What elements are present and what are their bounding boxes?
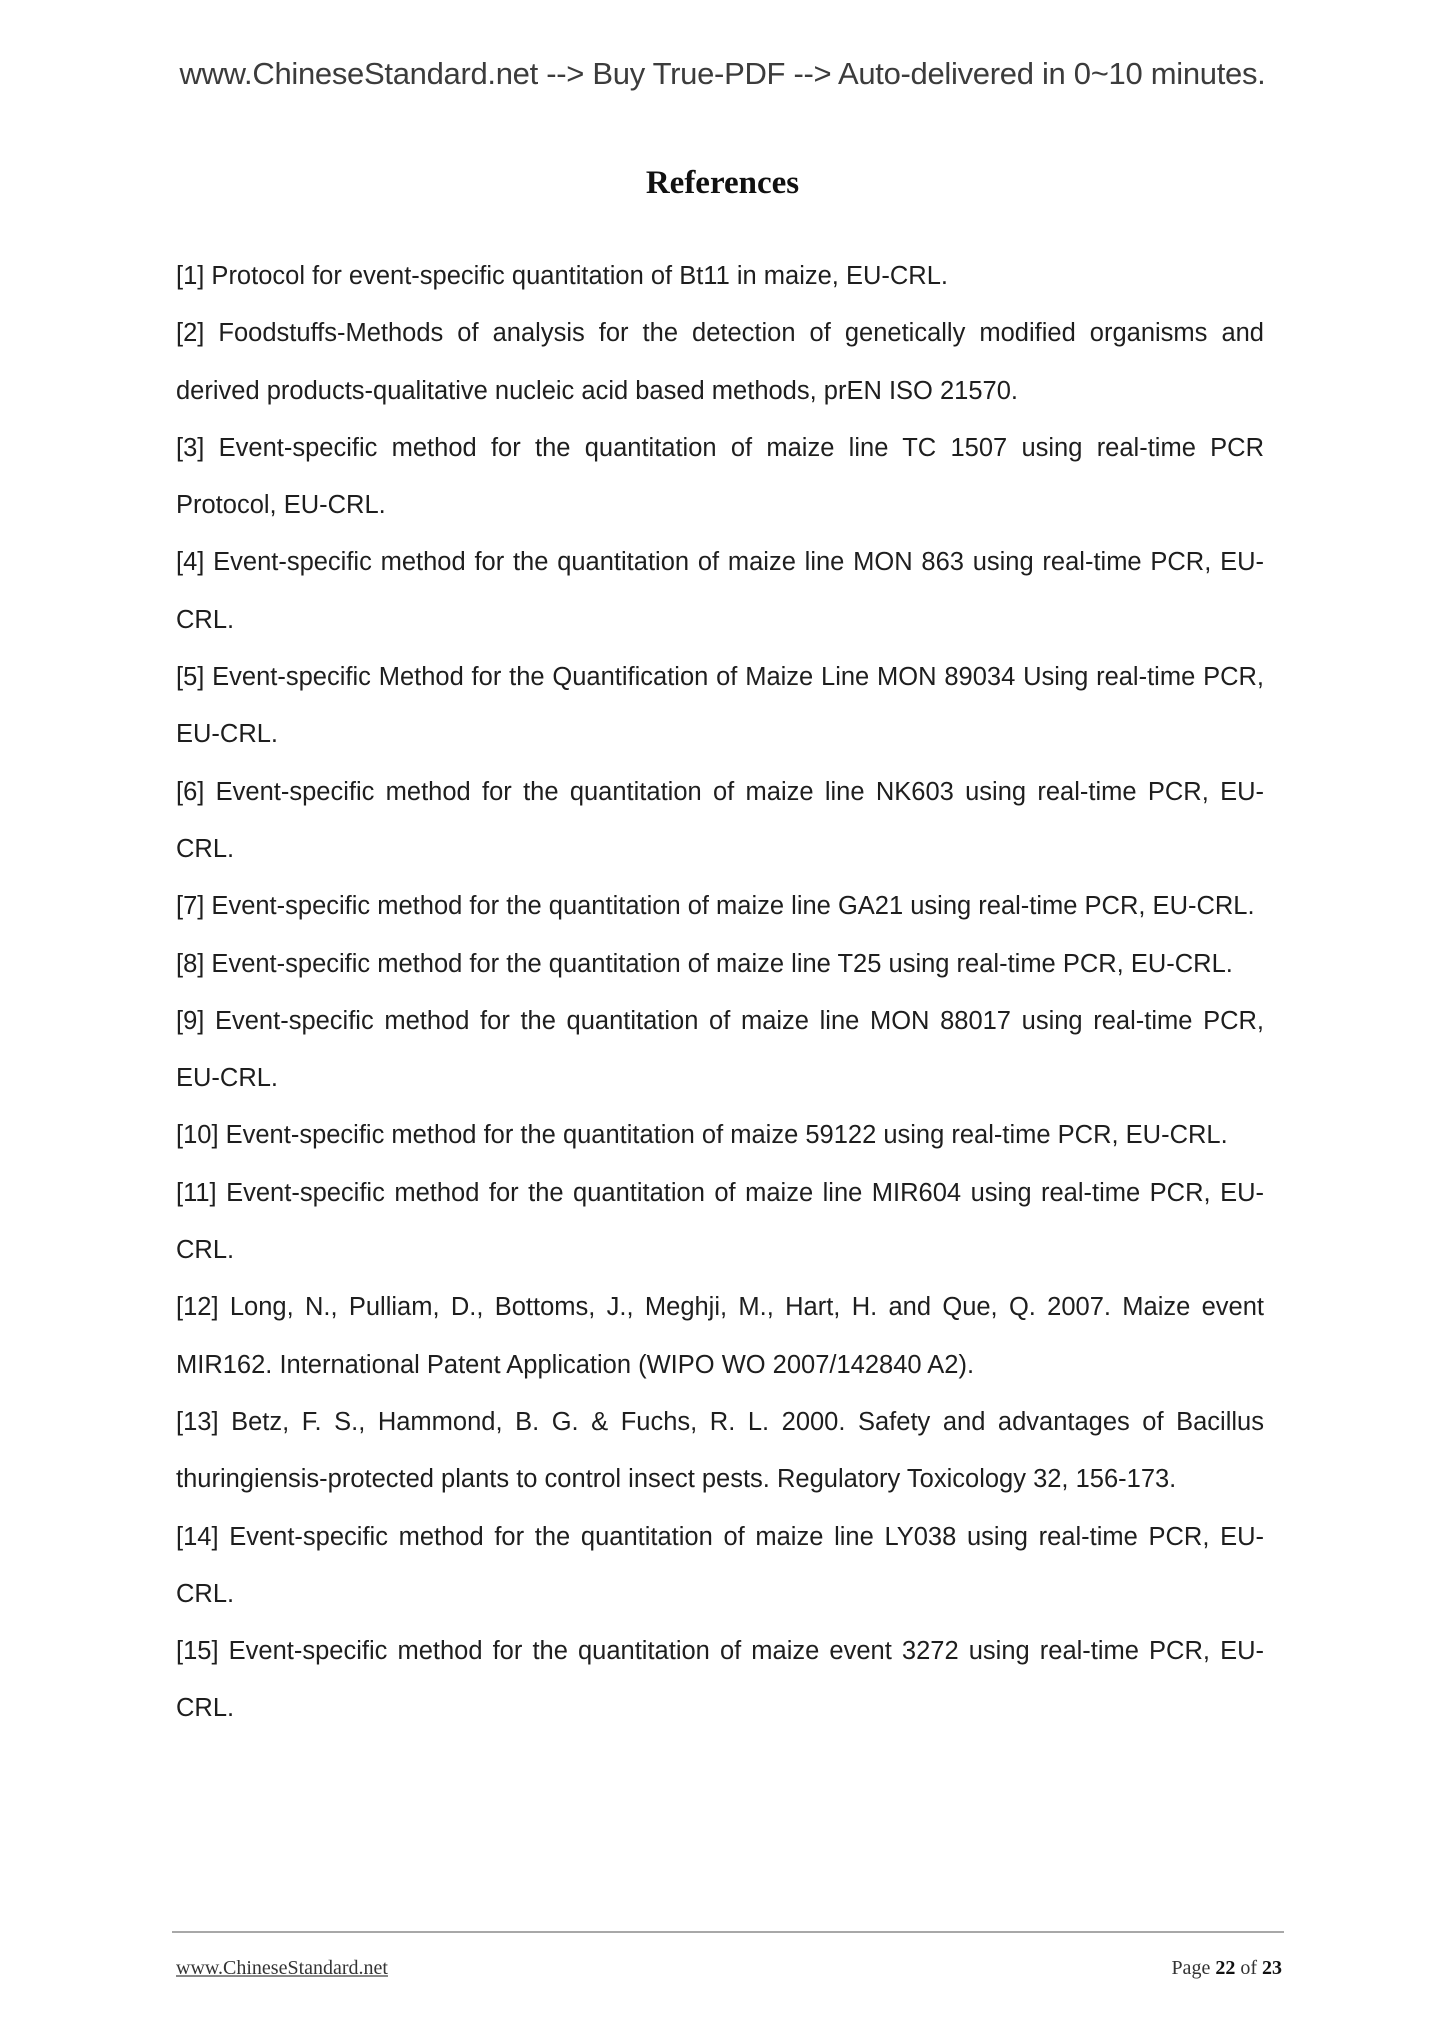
reference-item: [7] Event-specific method for the quanti… <box>176 878 1264 935</box>
page-total: 23 <box>1262 1957 1282 1979</box>
page-of: of <box>1240 1957 1257 1979</box>
reference-item: [14] Event-specific method for the quant… <box>176 1509 1264 1624</box>
footer-website-link[interactable]: www.ChineseStandard.net <box>176 1957 388 1980</box>
reference-item: [6] Event-specific method for the quanti… <box>176 764 1264 879</box>
reference-item: [13] Betz, F. S., Hammond, B. G. & Fuchs… <box>176 1394 1264 1509</box>
reference-item: [1] Protocol for event-specific quantita… <box>176 248 1264 305</box>
header-banner: www.ChineseStandard.net --> Buy True-PDF… <box>0 56 1445 92</box>
page-title: References <box>0 165 1445 202</box>
page-current: 22 <box>1215 1957 1235 1979</box>
reference-item: [3] Event-specific method for the quanti… <box>176 420 1264 535</box>
reference-item: [5] Event-specific Method for the Quanti… <box>176 649 1264 764</box>
references-list: [1] Protocol for event-specific quantita… <box>176 248 1264 1738</box>
reference-item: [9] Event-specific method for the quanti… <box>176 993 1264 1108</box>
reference-item: [15] Event-specific method for the quant… <box>176 1623 1264 1738</box>
footer-divider <box>172 1931 1284 1933</box>
page-prefix: Page <box>1171 1957 1210 1979</box>
reference-item: [8] Event-specific method for the quanti… <box>176 936 1264 993</box>
reference-item: [4] Event-specific method for the quanti… <box>176 534 1264 649</box>
reference-item: [10] Event-specific method for the quant… <box>176 1107 1264 1164</box>
reference-item: [12] Long, N., Pulliam, D., Bottoms, J.,… <box>176 1279 1264 1394</box>
reference-item: [2] Foodstuffs-Methods of analysis for t… <box>176 305 1264 420</box>
reference-item: [11] Event-specific method for the quant… <box>176 1165 1264 1280</box>
page-number: Page 22 of 23 <box>1171 1957 1282 1980</box>
